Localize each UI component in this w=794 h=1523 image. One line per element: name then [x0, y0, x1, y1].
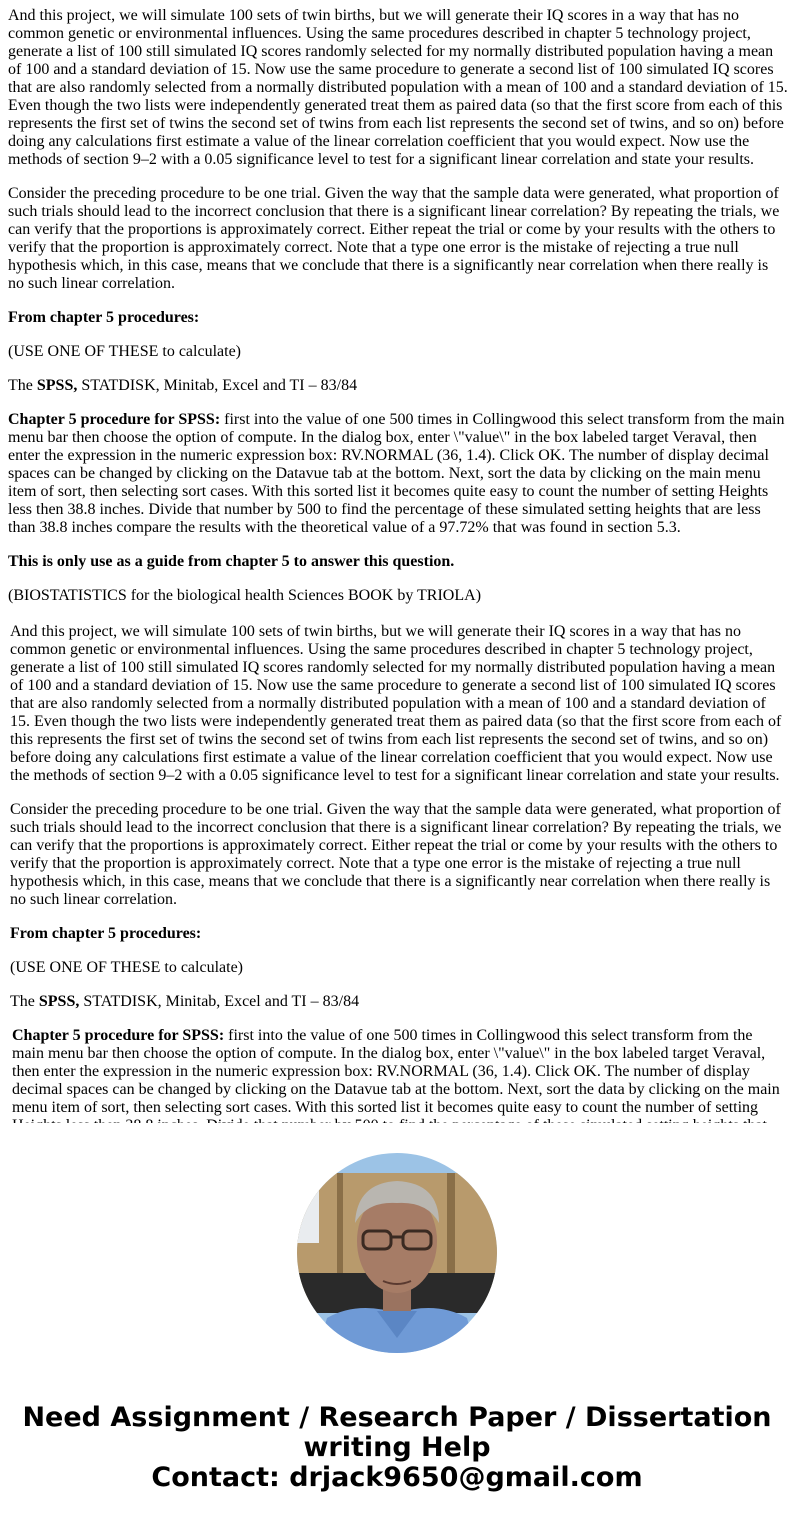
software-spss: SPSS, [37, 377, 77, 394]
guide-note-text: This is only use as a guide from chapter… [8, 553, 454, 570]
promo-contact: Contact: drjack9650@gmail.com [0, 1463, 794, 1493]
use-one-note: (USE ONE OF THESE to calculate) [8, 343, 788, 361]
guide-note: This is only use as a guide from chapter… [8, 553, 788, 571]
paragraph-project-description: And this project, we will simulate 100 s… [8, 7, 788, 169]
heading-procedures-text: From chapter 5 procedures: [10, 925, 201, 942]
software-others: STATDISK, Minitab, Excel and TI – 83/84 [77, 377, 357, 394]
author-photo-icon [297, 1153, 497, 1353]
software-list: The SPSS, STATDISK, Minitab, Excel and T… [10, 993, 786, 1011]
question-text-block: And this project, we will simulate 100 s… [8, 7, 788, 621]
heading-procedures-text: From chapter 5 procedures: [8, 309, 199, 326]
spss-procedure: Chapter 5 procedure for SPSS: first into… [10, 1027, 786, 1123]
book-reference: (BIOSTATISTICS for the biological health… [8, 587, 788, 605]
promo-banner: Need Assignment / Research Paper / Disse… [0, 1403, 794, 1493]
paragraph-trial-description: Consider the preceding procedure to be o… [8, 185, 788, 293]
promo-line-1: Need Assignment / Research Paper / Disse… [0, 1403, 794, 1433]
question-text-block-duplicate: And this project, we will simulate 100 s… [10, 623, 786, 1123]
paragraph-project-description: And this project, we will simulate 100 s… [10, 623, 786, 785]
paragraph-trial-description: Consider the preceding procedure to be o… [10, 801, 786, 909]
software-others: STATDISK, Minitab, Excel and TI – 83/84 [79, 993, 359, 1010]
software-prefix: The [10, 993, 39, 1010]
heading-procedures: From chapter 5 procedures: [10, 925, 786, 943]
spss-procedure-label: Chapter 5 procedure for SPSS: [12, 1027, 224, 1044]
software-prefix: The [8, 377, 37, 394]
spss-procedure: Chapter 5 procedure for SPSS: first into… [8, 411, 788, 537]
spss-procedure-label: Chapter 5 procedure for SPSS: [8, 411, 220, 428]
software-spss: SPSS, [39, 993, 79, 1010]
spss-procedure-text: first into the value of one 500 times in… [8, 411, 785, 536]
use-one-note: (USE ONE OF THESE to calculate) [10, 959, 786, 977]
software-list: The SPSS, STATDISK, Minitab, Excel and T… [8, 377, 788, 395]
avatar [297, 1153, 497, 1353]
promo-line-2: writing Help [0, 1433, 794, 1463]
heading-procedures: From chapter 5 procedures: [8, 309, 788, 327]
